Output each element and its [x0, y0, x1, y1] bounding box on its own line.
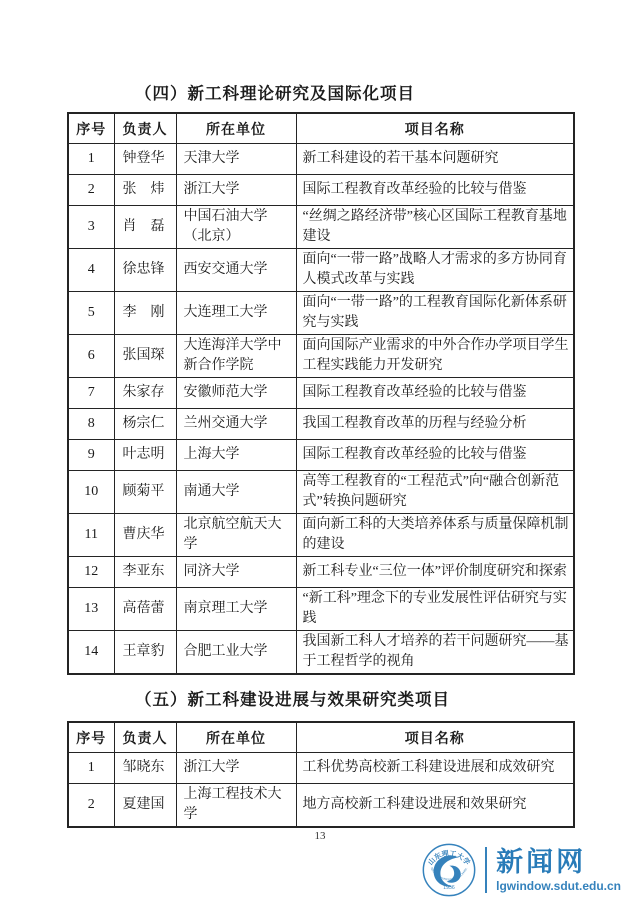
cell-index: 14: [68, 631, 114, 675]
table-header-row: 序号负责人所在单位项目名称: [68, 113, 574, 144]
table-row: 8杨宗仁兰州交通大学我国工程教育改革的历程与经验分析: [68, 409, 574, 440]
column-header: 序号: [68, 722, 114, 753]
cell-leader: 李亚东: [114, 557, 176, 588]
cell-index: 2: [68, 175, 114, 206]
cell-leader: 高蓓蕾: [114, 588, 176, 631]
cell-index: 10: [68, 471, 114, 514]
news-site-name: 新闻网: [496, 848, 621, 877]
cell-project: “新工科”理念下的专业发展性评估研究与实践: [296, 588, 574, 631]
cell-project: 工科优势高校新工科建设进展和成效研究: [296, 753, 574, 784]
table-row: 6张国琛大连海洋大学中新合作学院面向国际产业需求的中外合作办学项目学生工程实践能…: [68, 335, 574, 378]
cell-project: 国际工程教育改革经验的比较与借鉴: [296, 175, 574, 206]
cell-index: 8: [68, 409, 114, 440]
news-site-url: lgwindow.sdut.edu.cn: [496, 879, 621, 893]
table-row: 10顾菊平南通大学高等工程教育的“工程范式”向“融合创新范式”转换问题研究: [68, 471, 574, 514]
table-row: 14王章豹合肥工业大学我国新工科人才培养的若干问题研究——基于工程哲学的视角: [68, 631, 574, 675]
cell-index: 9: [68, 440, 114, 471]
section-heading-5: （五）新工科建设进展与效果研究类项目: [67, 688, 573, 712]
cell-institution: 浙江大学: [176, 753, 296, 784]
column-header: 所在单位: [176, 113, 296, 144]
cell-leader: 顾菊平: [114, 471, 176, 514]
cell-institution: 大连理工大学: [176, 292, 296, 335]
cell-institution: 天津大学: [176, 144, 296, 175]
cell-leader: 张 炜: [114, 175, 176, 206]
cell-institution: 南通大学: [176, 471, 296, 514]
cell-institution: 北京航空航天大学: [176, 514, 296, 557]
cell-institution: 上海大学: [176, 440, 296, 471]
cell-leader: 朱家存: [114, 378, 176, 409]
cell-project: 国际工程教育改革经验的比较与借鉴: [296, 378, 574, 409]
cell-index: 2: [68, 784, 114, 828]
table-row: 12李亚东同济大学新工科专业“三位一体”评价制度研究和探索: [68, 557, 574, 588]
cell-institution: 合肥工业大学: [176, 631, 296, 675]
table-row: 13高蓓蕾南京理工大学“新工科”理念下的专业发展性评估研究与实践: [68, 588, 574, 631]
cell-institution: 同济大学: [176, 557, 296, 588]
section-heading-4: （四）新工科理论研究及国际化项目: [67, 82, 573, 106]
table-header-row: 序号负责人所在单位项目名称: [68, 722, 574, 753]
cell-institution: 上海工程技术大学: [176, 784, 296, 828]
cell-project: 国际工程教育改革经验的比较与借鉴: [296, 440, 574, 471]
cell-leader: 夏建国: [114, 784, 176, 828]
news-site-watermark: 山东理工大学 SHANDONG UNIVERSITY OF TECHNOLOGY…: [421, 842, 621, 898]
cell-institution: 安徽师范大学: [176, 378, 296, 409]
cell-leader: 肖 磊: [114, 206, 176, 249]
cell-leader: 邹晓东: [114, 753, 176, 784]
document-content: （四）新工科理论研究及国际化项目 序号负责人所在单位项目名称 1钟登华天津大学新…: [67, 82, 573, 828]
column-header: 序号: [68, 113, 114, 144]
cell-index: 1: [68, 753, 114, 784]
column-header: 项目名称: [296, 722, 574, 753]
cell-index: 13: [68, 588, 114, 631]
cell-institution: 西安交通大学: [176, 249, 296, 292]
page-number: 13: [0, 830, 640, 842]
cell-leader: 杨宗仁: [114, 409, 176, 440]
cell-index: 4: [68, 249, 114, 292]
table-row: 4徐忠锋西安交通大学面向“一带一路”战略人才需求的多方协同育人模式改革与实践: [68, 249, 574, 292]
cell-project: 面向“一带一路”战略人才需求的多方协同育人模式改革与实践: [296, 249, 574, 292]
cell-project: 面向新工科的大类培养体系与质量保障机制的建设: [296, 514, 574, 557]
university-seal-icon: 山东理工大学 SHANDONG UNIVERSITY OF TECHNOLOGY…: [421, 842, 477, 898]
project-table-section-5: 序号负责人所在单位项目名称 1邹晓东浙江大学工科优势高校新工科建设进展和成效研究…: [67, 721, 575, 828]
table-row: 1邹晓东浙江大学工科优势高校新工科建设进展和成效研究: [68, 753, 574, 784]
cell-leader: 钟登华: [114, 144, 176, 175]
cell-project: 高等工程教育的“工程范式”向“融合创新范式”转换问题研究: [296, 471, 574, 514]
table-row: 3肖 磊中国石油大学（北京）“丝绸之路经济带”核心区国际工程教育基地建设: [68, 206, 574, 249]
cell-index: 5: [68, 292, 114, 335]
table-row: 9叶志明上海大学国际工程教育改革经验的比较与借鉴: [68, 440, 574, 471]
cell-leader: 叶志明: [114, 440, 176, 471]
cell-leader: 曹庆华: [114, 514, 176, 557]
cell-project: 地方高校新工科建设进展和效果研究: [296, 784, 574, 828]
cell-index: 12: [68, 557, 114, 588]
seal-year-text: 1956: [443, 885, 455, 891]
column-header: 项目名称: [296, 113, 574, 144]
cell-project: 新工科建设的若干基本问题研究: [296, 144, 574, 175]
cell-leader: 李 刚: [114, 292, 176, 335]
cell-institution: 中国石油大学（北京）: [176, 206, 296, 249]
table-row: 7朱家存安徽师范大学国际工程教育改革经验的比较与借鉴: [68, 378, 574, 409]
column-header: 负责人: [114, 113, 176, 144]
cell-index: 7: [68, 378, 114, 409]
cell-project: 我国新工科人才培养的若干问题研究——基于工程哲学的视角: [296, 631, 574, 675]
document-page: （四）新工科理论研究及国际化项目 序号负责人所在单位项目名称 1钟登华天津大学新…: [0, 0, 640, 905]
cell-leader: 张国琛: [114, 335, 176, 378]
column-header: 所在单位: [176, 722, 296, 753]
cell-project: “丝绸之路经济带”核心区国际工程教育基地建设: [296, 206, 574, 249]
cell-project: 新工科专业“三位一体”评价制度研究和探索: [296, 557, 574, 588]
cell-index: 3: [68, 206, 114, 249]
cell-index: 1: [68, 144, 114, 175]
cell-index: 11: [68, 514, 114, 557]
cell-project: 面向国际产业需求的中外合作办学项目学生工程实践能力开发研究: [296, 335, 574, 378]
table-row: 5李 刚大连理工大学面向“一带一路”的工程教育国际化新体系研究与实践: [68, 292, 574, 335]
logo-divider: [485, 847, 487, 893]
cell-institution: 兰州交通大学: [176, 409, 296, 440]
cell-leader: 王章豹: [114, 631, 176, 675]
cell-institution: 浙江大学: [176, 175, 296, 206]
logo-text-block: 新闻网 lgwindow.sdut.edu.cn: [496, 848, 621, 893]
table-row: 11曹庆华北京航空航天大学面向新工科的大类培养体系与质量保障机制的建设: [68, 514, 574, 557]
cell-project: 面向“一带一路”的工程教育国际化新体系研究与实践: [296, 292, 574, 335]
project-table-section-4: 序号负责人所在单位项目名称 1钟登华天津大学新工科建设的若干基本问题研究2张 炜…: [67, 112, 575, 675]
cell-project: 我国工程教育改革的历程与经验分析: [296, 409, 574, 440]
cell-leader: 徐忠锋: [114, 249, 176, 292]
cell-institution: 大连海洋大学中新合作学院: [176, 335, 296, 378]
table-row: 2夏建国上海工程技术大学地方高校新工科建设进展和效果研究: [68, 784, 574, 828]
cell-index: 6: [68, 335, 114, 378]
table-row: 2张 炜浙江大学国际工程教育改革经验的比较与借鉴: [68, 175, 574, 206]
column-header: 负责人: [114, 722, 176, 753]
table-row: 1钟登华天津大学新工科建设的若干基本问题研究: [68, 144, 574, 175]
cell-institution: 南京理工大学: [176, 588, 296, 631]
